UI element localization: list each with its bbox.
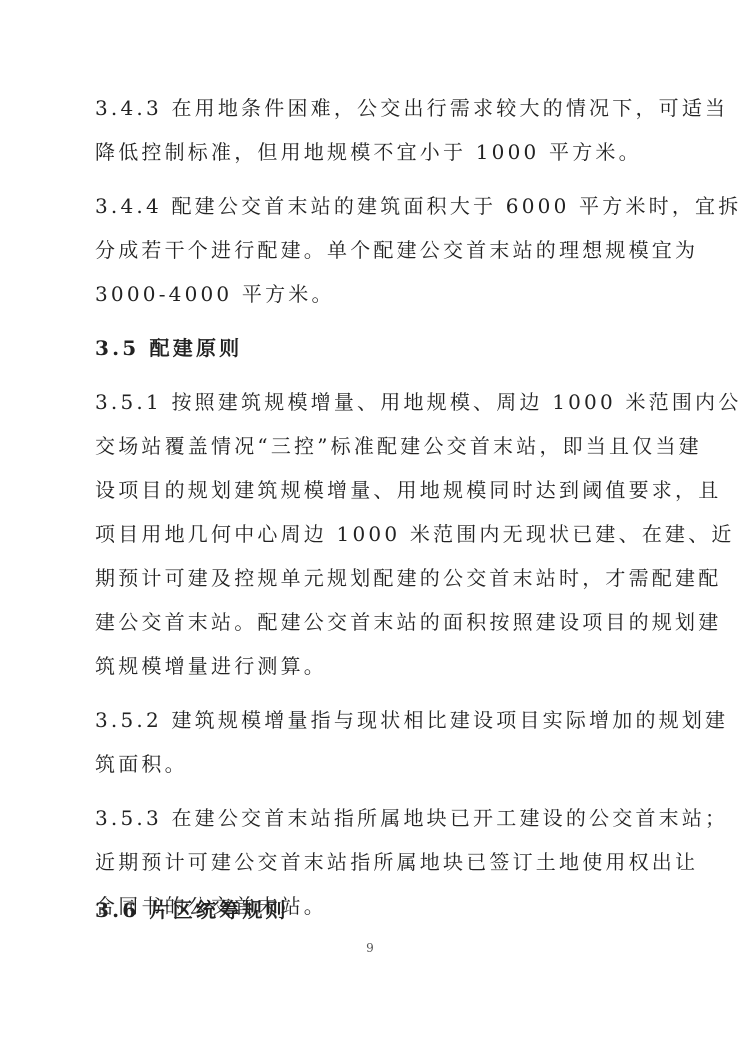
page-number: 9 xyxy=(0,941,740,955)
text-line: 3.5.2 建筑规模增量指与现状相比建设项目实际增加的规划建 xyxy=(95,708,728,732)
text-line: 3.5.1 按照建筑规模增量、用地规模、周边 1000 米范围内公 xyxy=(95,390,740,414)
text-line: 3.4.4 配建公交首末站的建筑面积大于 6000 平方米时，宜拆 xyxy=(95,194,740,218)
text-line: 筑面积。 xyxy=(95,752,188,776)
text-line: 筑规模增量进行测算。 xyxy=(95,654,327,678)
text-line: 降低控制标准，但用地规模不宜小于 1000 平方米。 xyxy=(95,140,642,164)
text-line: 3000-4000 平方米。 xyxy=(95,282,335,306)
text-line: 3.4.3 在用地条件困难，公交出行需求较大的情况下，可适当 xyxy=(95,96,728,120)
section-heading: 3.5 配建原则 xyxy=(95,336,242,360)
document-page: 3.4.3 在用地条件困难，公交出行需求较大的情况下，可适当降低控制标准，但用地… xyxy=(0,0,740,1046)
text-line: 建公交首末站。配建公交首末站的面积按照建设项目的规划建 xyxy=(95,610,721,634)
text-line: 3.5.3 在建公交首末站指所属地块已开工建设的公交首末站； xyxy=(95,806,728,830)
text-line: 交场站覆盖情况“三控”标准配建公交首末站，即当且仅当建 xyxy=(95,434,702,458)
text-line: 设项目的规划建筑规模增量、用地规模同时达到阈值要求，且 xyxy=(95,478,721,502)
text-line: 分成若干个进行配建。单个配建公交首末站的理想规模宜为 xyxy=(95,238,698,262)
text-line: 项目用地几何中心周边 1000 米范围内无现状已建、在建、近 xyxy=(95,522,735,546)
text-line: 近期预计可建公交首末站指所属地块已签订土地使用权出让 xyxy=(95,850,698,874)
section-heading: 3.6 片区统筹规则 xyxy=(95,898,289,922)
text-line: 期预计可建及控规单元规划配建的公交首末站时，才需配建配 xyxy=(95,566,721,590)
